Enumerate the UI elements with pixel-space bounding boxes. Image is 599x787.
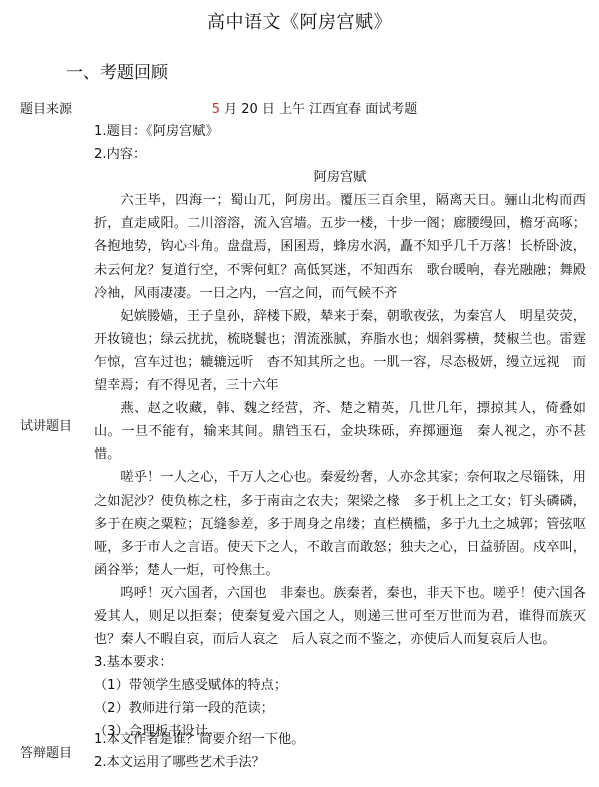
defense-questions: 1.本文作者是谁？简要介绍一下他。 2.本文运用了哪些艺术手法？ (94, 728, 304, 774)
source-date-number: 5 (212, 102, 220, 117)
lecture-content: 1.题目：《阿房宫赋》 2.内容： 阿房宫赋 六王毕，四海一；蜀山兀，阿房出。覆… (94, 120, 586, 744)
poem-paragraph: 燕、赵之收藏，韩、魏之经营，齐、楚之精英，几世几年，摽掠其人，倚叠如山。一旦不能… (94, 397, 586, 466)
poem-paragraph: 妃嫔媵嫱，王子皇孙，辞楼下殿，辇来于秦，朝歌夜弦，为秦宫人 明星荧荧，开妆镜也；… (94, 305, 586, 397)
lecture-content-label: 2.内容： (94, 143, 586, 166)
section-heading: 一、考题回顾 (66, 58, 168, 83)
poem-title: 阿房宫赋 (94, 166, 586, 189)
requirement-item: （2）教师进行第一段的范读； (94, 697, 586, 720)
document-title: 高中语文《阿房宫赋》 (0, 8, 599, 34)
defense-question: 2.本文运用了哪些艺术手法？ (94, 751, 304, 774)
defense-question: 1.本文作者是谁？简要介绍一下他。 (94, 728, 304, 751)
source-line: 5 月 20 日 上午 江西宜春 面试考题 (0, 98, 599, 117)
source-date-text: 月 20 日 上午 江西宜春 面试考题 (220, 102, 417, 117)
poem-paragraph: 嗟乎！一人之心，千万人之心也。秦爱纷奢，人亦念其家；奈何取之尽锱铢，用之如泥沙？… (94, 466, 586, 581)
requirements-label: 3.基本要求： (94, 651, 586, 674)
poem-paragraph: 呜呼！灭六国者，六国也 非秦也。族秦者，秦也，非天下也。嗟乎！使六国各爱其人，则… (94, 582, 586, 651)
label-lecture: 试讲题目 (20, 415, 72, 434)
label-defense: 答辩题目 (20, 742, 72, 761)
lecture-topic: 1.题目：《阿房宫赋》 (94, 120, 586, 143)
poem-paragraph: 六王毕，四海一；蜀山兀，阿房出。覆压三百余里，隔离天日。骊山北构而西折，直走咸阳… (94, 189, 586, 304)
requirement-item: （1）带领学生感受赋体的特点； (94, 674, 586, 697)
